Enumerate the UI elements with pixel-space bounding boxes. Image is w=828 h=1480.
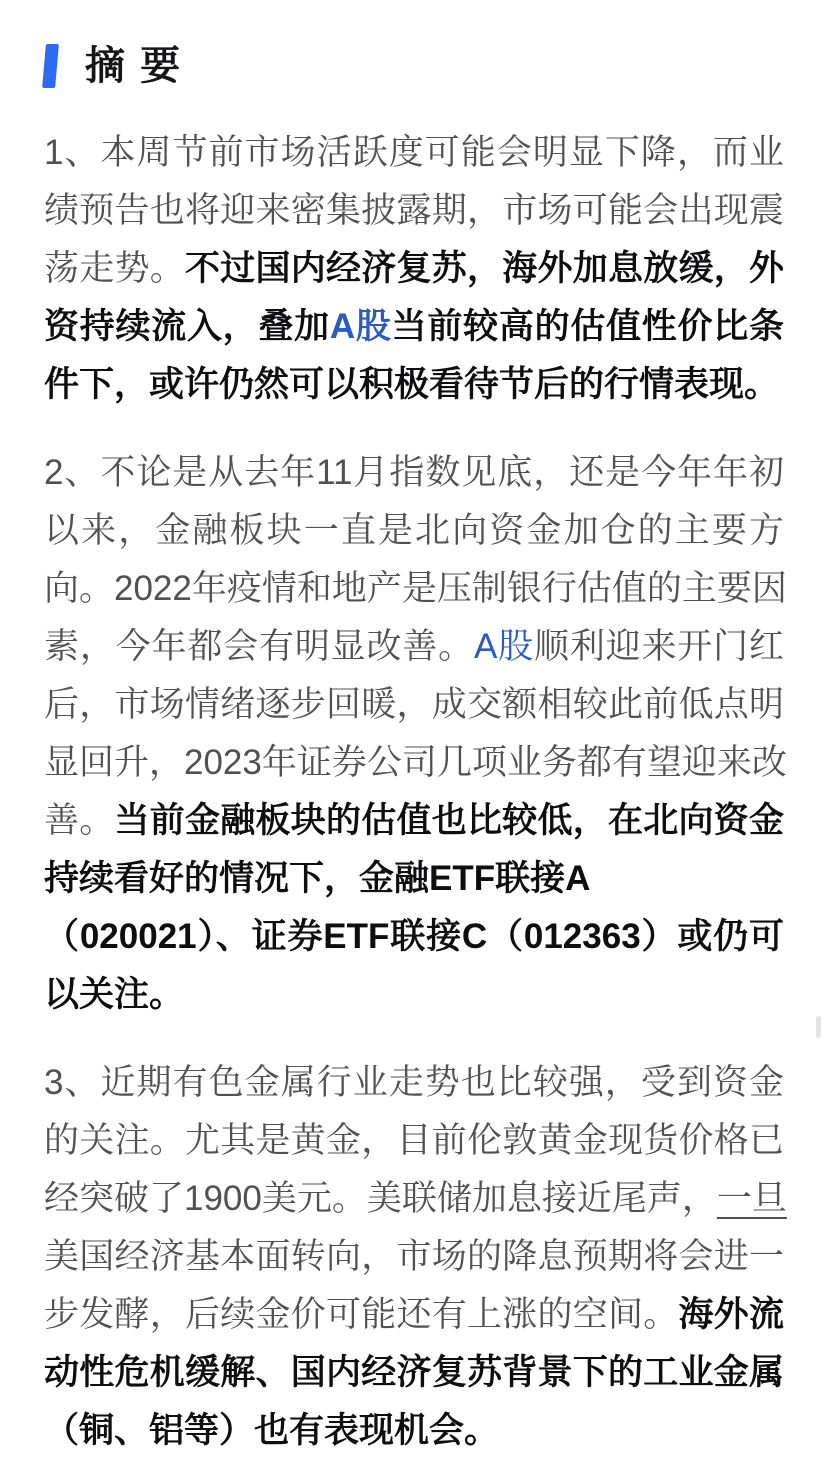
text-line: 荡走势。不过国内经济复苏，海外加息放缓，外 [44,240,784,298]
section-title: 摘 要 [85,44,182,88]
section-header: 摘 要 [44,44,784,88]
text-segment: 荡走势。 [44,249,185,288]
text-line: 以来，金融板块一直是北向资金加仓的主要方 [44,502,784,560]
summary-paragraph: 1、本周节前市场活跃度可能会明显下降，而业绩预告也将迎来密集披露期，市场可能会出… [44,124,784,414]
text-segment: （铜、铝等）也有表现机会。 [44,1411,499,1450]
text-line: 后，市场情绪逐步回暖，成交额相较此前低点明 [44,676,784,734]
text-line: （铜、铝等）也有表现机会。 [44,1402,784,1460]
text-segment: 素，今年都会有明显改善。 [44,627,474,666]
text-segment: 向。2022年疫情和地产是压制银行估值的主要因 [44,569,787,608]
text-line: 素，今年都会有明显改善。A股顺利迎来开门红 [44,618,784,676]
text-segment: 1、本周节前市场活跃度可能会明显下降，而业 [44,133,784,172]
text-line: 美国经济基本面转向，市场的降息预期将会进一 [44,1228,784,1286]
text-line: 绩预告也将迎来密集披露期，市场可能会出现震 [44,182,784,240]
text-line: 1、本周节前市场活跃度可能会明显下降，而业 [44,124,784,182]
text-line: 经突破了1900美元。美联储加息接近尾声，一旦 [44,1170,784,1228]
text-line: 步发酵，后续金价可能还有上涨的空间。海外流 [44,1286,784,1344]
text-line: 动性危机缓解、国内经济复苏背景下的工业金属 [44,1344,784,1402]
text-line: 3、近期有色金属行业走势也比较强，受到资金 [44,1054,784,1112]
text-line: 资持续流入，叠加A股当前较高的估值性价比条 [44,298,784,356]
text-segment: 的关注。尤其是黄金，目前伦敦黄金现货价格已 [44,1121,784,1160]
text-segment: 美国经济基本面转向，市场的降息预期将会进一 [44,1237,784,1276]
text-segment: 动性危机缓解、国内经济复苏背景下的工业金属 [44,1353,784,1392]
text-segment: （020021）、证券ETF联接C（012363）或仍可 [44,917,784,956]
stock-link[interactable]: A股 [330,307,392,346]
text-segment: 以来，金融板块一直是北向资金加仓的主要方 [44,511,784,550]
text-line: 向。2022年疫情和地产是压制银行估值的主要因 [44,560,784,618]
text-segment: 后，市场情绪逐步回暖，成交额相较此前低点明 [44,685,784,724]
text-line: （020021）、证券ETF联接C（012363）或仍可 [44,908,784,966]
text-segment: 一旦 [717,1179,787,1218]
text-segment: 以关注。 [44,975,184,1014]
text-line: 以关注。 [44,966,784,1024]
text-segment: 件下，或许仍然可以积极看待节后的行情表现。 [44,365,779,404]
text-segment: 3、近期有色金属行业走势也比较强，受到资金 [44,1063,784,1102]
text-segment: 不过国内经济复苏，海外加息放缓，外 [185,249,784,288]
text-segment: 持续看好的情况下，金融ETF联接A [44,859,590,898]
text-segment: 绩预告也将迎来密集披露期，市场可能会出现震 [44,191,784,230]
text-line: 的关注。尤其是黄金，目前伦敦黄金现货价格已 [44,1112,784,1170]
text-line: 显回升，2023年证券公司几项业务都有望迎来改 [44,734,784,792]
text-segment: 海外流 [678,1295,784,1334]
text-line: 持续看好的情况下，金融ETF联接A [44,850,784,908]
text-line: 件下，或许仍然可以积极看待节后的行情表现。 [44,356,784,414]
summary-paragraph: 2、不论是从去年11月指数见底，还是今年年初以来，金融板块一直是北向资金加仓的主… [44,444,784,1024]
text-segment: 善。 [44,801,115,840]
accent-bar [42,44,59,88]
summary-paragraph: 3、近期有色金属行业走势也比较强，受到资金的关注。尤其是黄金，目前伦敦黄金现货价… [44,1054,784,1460]
summary-page: 摘 要 1、本周节前市场活跃度可能会明显下降，而业绩预告也将迎来密集披露期，市场… [0,0,828,1480]
stock-link[interactable]: A股 [474,627,534,666]
text-segment: 资持续流入，叠加 [44,307,330,346]
text-line: 2、不论是从去年11月指数见底，还是今年年初 [44,444,784,502]
scrollbar-thumb[interactable] [816,1016,821,1038]
text-segment: 2、不论是从去年11月指数见底，还是今年年初 [44,453,784,492]
text-segment: 当前金融板块的估值也比较低，在北向资金 [115,801,784,840]
text-segment: 显回升，2023年证券公司几项业务都有望迎来改 [44,743,787,782]
text-segment: 顺利迎来开门红 [534,627,784,666]
summary-content: 1、本周节前市场活跃度可能会明显下降，而业绩预告也将迎来密集披露期，市场可能会出… [44,124,784,1460]
text-segment: 当前较高的估值性价比条 [392,307,784,346]
text-line: 善。当前金融板块的估值也比较低，在北向资金 [44,792,784,850]
text-segment: 经突破了1900美元。美联储加息接近尾声， [44,1179,717,1218]
text-segment: 步发酵，后续金价可能还有上涨的空间。 [44,1295,678,1334]
